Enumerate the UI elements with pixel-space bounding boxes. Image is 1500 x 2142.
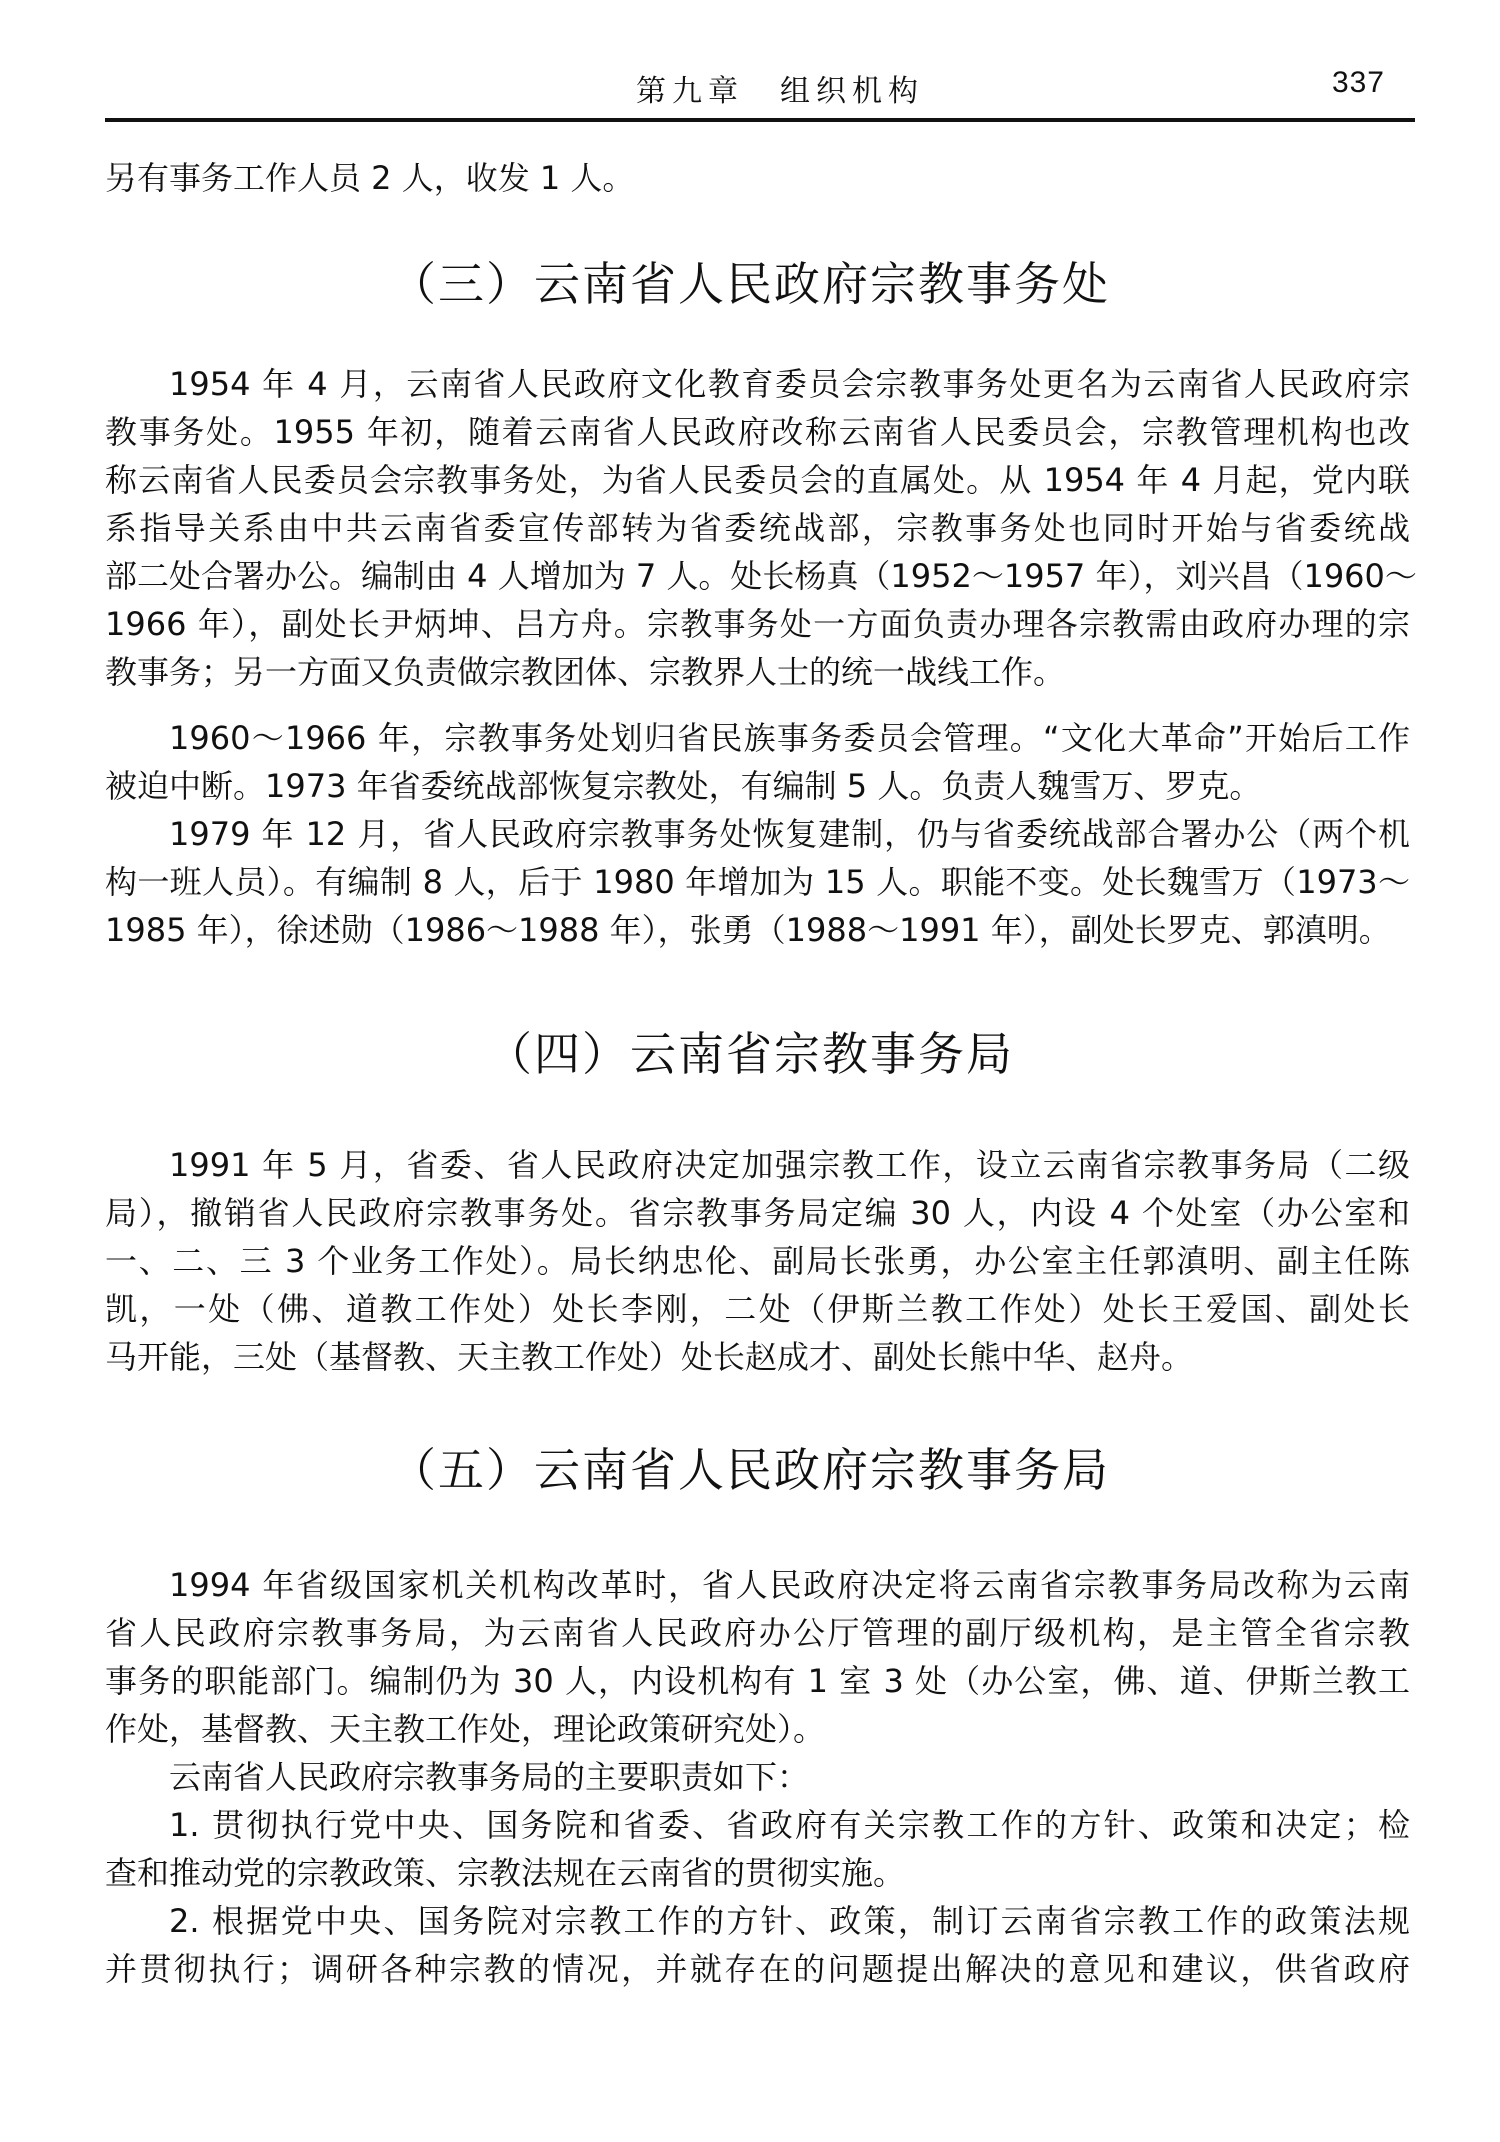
text-line: 1991 年 5 月，省委、省人民政府决定加强宗教工作，设立云南省宗教事务局（二… bbox=[169, 1145, 1410, 1185]
text-line: 局），撤销省人民政府宗教事务处。省宗教事务局定编 30 人，内设 4 个处室（办… bbox=[105, 1193, 1410, 1233]
text-line: 1966 年），副处长尹炳坤、吕方舟。宗教事务处一方面负责办理各宗教需由政府办理… bbox=[105, 604, 1410, 644]
page-number: 337 bbox=[1332, 66, 1385, 100]
section-heading-3: （三）云南省人民政府宗教事务处 bbox=[0, 256, 1500, 312]
text-line: 被迫中断。1973 年省委统战部恢复宗教处，有编制 5 人。负责人魏雪万、罗克。 bbox=[105, 766, 1261, 806]
text-line: 并贯彻执行；调研各种宗教的情况，并就存在的问题提出解决的意见和建议，供省政府 bbox=[105, 1949, 1410, 1989]
book-page: 第九章 组织机构 337 另有事务工作人员 2 人，收发 1 人。 （三）云南省… bbox=[0, 0, 1500, 2142]
header-rule bbox=[105, 118, 1415, 122]
text-line: 1. 贯彻执行党中央、国务院和省委、省政府有关宗教工作的方针、政策和决定；检 bbox=[169, 1805, 1410, 1845]
text-line: 查和推动党的宗教政策、宗教法规在云南省的贯彻实施。 bbox=[105, 1853, 905, 1893]
text-line: 称云南省人民委员会宗教事务处，为省人民委员会的直属处。从 1954 年 4 月起… bbox=[105, 460, 1410, 500]
text-line: 1954 年 4 月，云南省人民政府文化教育委员会宗教事务处更名为云南省人民政府… bbox=[169, 364, 1410, 404]
text-line: 1979 年 12 月，省人民政府宗教事务处恢复建制，仍与省委统战部合署办公（两… bbox=[169, 814, 1410, 854]
text-line: 凯，一处（佛、道教工作处）处长李刚，二处（伊斯兰教工作处）处长王爱国、副处长 bbox=[105, 1289, 1410, 1329]
text-line: 省人民政府宗教事务局，为云南省人民政府办公厅管理的副厅级机构，是主管全省宗教 bbox=[105, 1613, 1410, 1653]
text-line: 云南省人民政府宗教事务局的主要职责如下： bbox=[169, 1757, 809, 1797]
text-line: 事务的职能部门。编制仍为 30 人，内设机构有 1 室 3 处（办公室，佛、道、… bbox=[105, 1661, 1410, 1701]
text-line: 一、二、三 3 个业务工作处）。局长纳忠伦、副局长张勇，办公室主任郭滇明、副主任… bbox=[105, 1241, 1410, 1281]
section-heading-4: （四）云南省宗教事务局 bbox=[0, 1026, 1500, 1082]
text-line: 系指导关系由中共云南省委宣传部转为省委统战部，宗教事务处也同时开始与省委统战 bbox=[105, 508, 1410, 548]
chapter-title: 第九章 组织机构 bbox=[105, 66, 1415, 110]
text-line: 1960～1966 年，宗教事务处划归省民族事务委员会管理。“文化大革命”开始后… bbox=[169, 718, 1410, 758]
text-line: 2. 根据党中央、国务院对宗教工作的方针、政策，制订云南省宗教工作的政策法规 bbox=[169, 1901, 1410, 1941]
text-line: 构一班人员）。有编制 8 人，后于 1980 年增加为 15 人。职能不变。处长… bbox=[105, 862, 1410, 902]
text-line: 1994 年省级国家机关机构改革时，省人民政府决定将云南省宗教事务局改称为云南 bbox=[169, 1565, 1410, 1605]
running-header: 第九章 组织机构 337 bbox=[105, 60, 1415, 110]
text-line: 马开能，三处（基督教、天主教工作处）处长赵成才、副处长熊中华、赵舟。 bbox=[105, 1337, 1193, 1377]
text-line: 作处，基督教、天主教工作处，理论政策研究处）。 bbox=[105, 1709, 825, 1749]
text-line: 1985 年），徐述勋（1986～1988 年），张勇（1988～1991 年）… bbox=[105, 910, 1391, 950]
section-heading-5: （五）云南省人民政府宗教事务局 bbox=[0, 1442, 1500, 1498]
text-line: 另有事务工作人员 2 人，收发 1 人。 bbox=[105, 158, 634, 198]
text-line: 部二处合署办公。编制由 4 人增加为 7 人。处长杨真（1952～1957 年）… bbox=[105, 556, 1410, 596]
text-line: 教事务处。1955 年初，随着云南省人民政府改称云南省人民委员会，宗教管理机构也… bbox=[105, 412, 1410, 452]
text-line: 教事务；另一方面又负责做宗教团体、宗教界人士的统一战线工作。 bbox=[105, 652, 1065, 692]
